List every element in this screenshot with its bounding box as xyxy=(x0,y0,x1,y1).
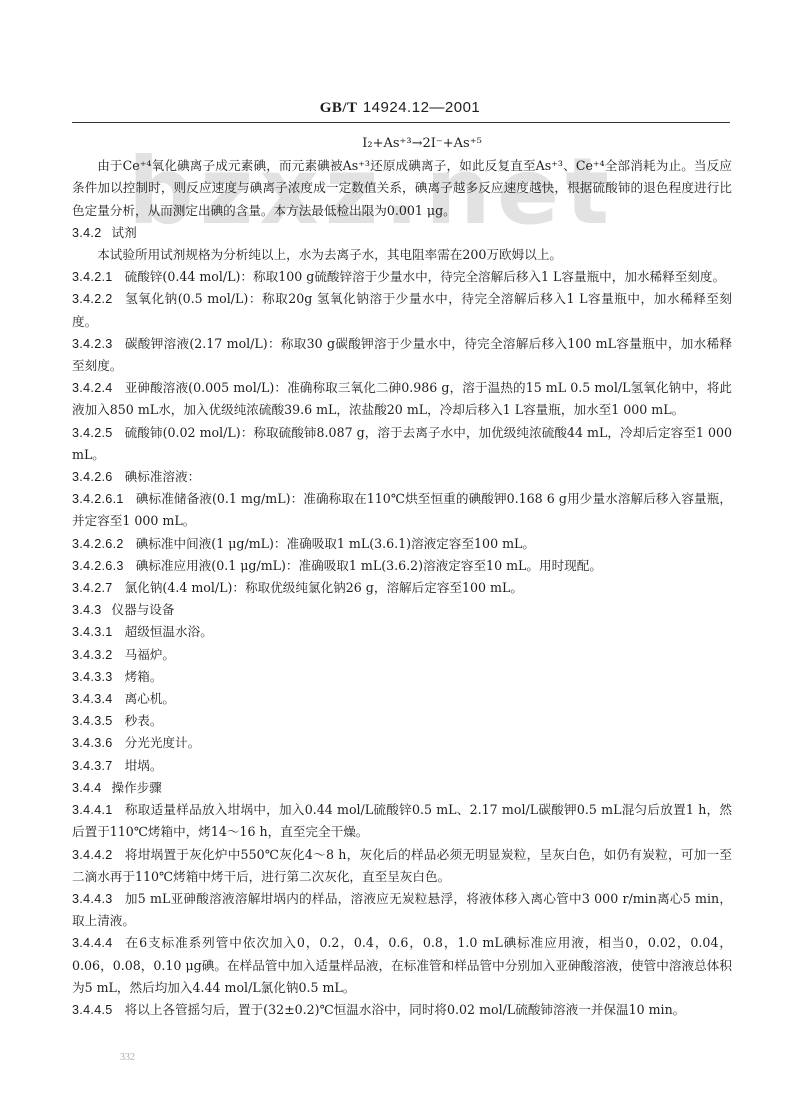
standard-prefix: GB/T xyxy=(320,100,358,116)
paragraph: 本试验所用试剂规格为分析纯以上，水为去离子水，其电阻率需在200万欧姆以上。 xyxy=(72,244,732,266)
reaction-formula: I₂+As⁺³→2I⁻+As⁺⁵ xyxy=(112,133,732,155)
clause-number: 3.4.2.5 xyxy=(72,426,113,440)
clause-text: 硫酸铈(0.02 mol/L)：称取硫酸铈8.087 g，溶于去离子水中，加优级… xyxy=(72,425,732,462)
clause-text: 硫酸锌(0.44 mol/L)：称取100 g硫酸锌溶于少量水中，待完全溶解后移… xyxy=(125,269,725,284)
clause-number: 3.4.3.4 xyxy=(72,692,113,706)
clause: 3.4.2.6碘标准溶液： xyxy=(72,466,732,488)
header-rule xyxy=(72,122,730,123)
clause: 3.4.2.6.1碘标准储备液(0.1 mg/mL)：准确称取在110℃烘至恒重… xyxy=(72,488,732,532)
clause-number: 3.4.4.3 xyxy=(72,892,113,906)
clause-number: 3.4.2.6 xyxy=(72,470,113,484)
clause-text: 碘标准应用液(0.1 μg/mL)：准确吸取1 mL(3.6.2)溶液定容至10… xyxy=(136,558,602,573)
section-number: 3.4.4 xyxy=(72,781,102,795)
clause: 3.4.4.3加5 mL亚砷酸溶液溶解坩埚内的样品，溶液应无炭粒悬浮，将液体移入… xyxy=(72,888,732,932)
clause: 3.4.3.1超级恒温水浴。 xyxy=(72,621,732,643)
clause: 3.4.3.6分光光度计。 xyxy=(72,732,732,754)
clause-text: 烤箱。 xyxy=(125,669,163,684)
clause-number: 3.4.3.1 xyxy=(72,625,113,639)
clause: 3.4.3.4离心机。 xyxy=(72,688,732,710)
clause-text: 秒表。 xyxy=(125,713,163,728)
section-title: 仪器与设备 xyxy=(112,602,175,617)
clause: 3.4.3.2马福炉。 xyxy=(72,644,732,666)
clause-number: 3.4.2.2 xyxy=(72,292,113,306)
clause-text: 碘标准溶液： xyxy=(125,469,201,484)
section-title: 试剂 xyxy=(112,225,137,240)
clause-number: 3.4.3.6 xyxy=(72,736,113,750)
clause: 3.4.2.7氯化钠(4.4 mol/L)：称取优级纯氯化钠26 g，溶解后定容… xyxy=(72,577,732,599)
clause: 3.4.2.6.2碘标准中间液(1 μg/mL)：准确吸取1 mL(3.6.1)… xyxy=(72,533,732,555)
clause-number: 3.4.2.6.3 xyxy=(72,559,124,573)
clause-number: 3.4.4.2 xyxy=(72,848,113,862)
document-header: GB/T 14924.12—2001 xyxy=(0,98,800,117)
page-number: 332 xyxy=(120,1052,135,1063)
clause-text: 将以上各管摇匀后，置于(32±0.2)℃恒温水浴中，同时将0.02 mol/L硫… xyxy=(125,1002,686,1017)
clause-number: 3.4.4.4 xyxy=(72,936,113,950)
clause: 3.4.4.4在6支标准系列管中依次加入0，0.2，0.4，0.6，0.8，1.… xyxy=(72,932,732,999)
clause-text: 超级恒温水浴。 xyxy=(125,624,213,639)
document-body: I₂+As⁺³→2I⁻+As⁺⁵ 由于Ce⁺⁴氧化碘离子成元素碘，而元素碘被As… xyxy=(72,133,732,1021)
clause-number: 3.4.3.7 xyxy=(72,759,113,773)
clause: 3.4.2.2氢氧化钠(0.5 mol/L)：称取20g 氢氧化钠溶于少量水中，… xyxy=(72,288,732,332)
clause-text: 将坩埚置于灰化炉中550℃灰化4～8 h，灰化后的样品必须无明显炭粒，呈灰白色，… xyxy=(72,847,732,884)
clause-text: 称取适量样品放入坩埚中，加入0.44 mol/L硫酸锌0.5 mL、2.17 m… xyxy=(72,802,732,839)
clause-number: 3.4.3.2 xyxy=(72,648,113,662)
section-number: 3.4.2 xyxy=(72,226,102,240)
clause: 3.4.2.4亚砷酸溶液(0.005 mol/L)：准确称取三氧化二砷0.986… xyxy=(72,377,732,421)
clause: 3.4.2.5硫酸铈(0.02 mol/L)：称取硫酸铈8.087 g，溶于去离… xyxy=(72,422,732,466)
clause: 3.4.3.3烤箱。 xyxy=(72,666,732,688)
section-heading: 3.4.3仪器与设备 xyxy=(72,599,732,621)
section-number: 3.4.3 xyxy=(72,603,102,617)
clause: 3.4.3.5秒表。 xyxy=(72,710,732,732)
clause-number: 3.4.4.1 xyxy=(72,803,113,817)
intro-paragraph: 由于Ce⁺⁴氧化碘离子成元素碘，而元素碘被As⁺³还原成碘离子，如此反复直至As… xyxy=(72,155,732,222)
clause-number: 3.4.2.4 xyxy=(72,381,113,395)
clause: 3.4.2.1硫酸锌(0.44 mol/L)：称取100 g硫酸锌溶于少量水中，… xyxy=(72,266,732,288)
clause-text: 在6支标准系列管中依次加入0，0.2，0.4，0.6，0.8，1.0 mL碘标准… xyxy=(72,935,732,994)
clause: 3.4.2.6.3碘标准应用液(0.1 μg/mL)：准确吸取1 mL(3.6.… xyxy=(72,555,732,577)
clause-number: 3.4.2.7 xyxy=(72,581,113,595)
clause-number: 3.4.4.5 xyxy=(72,1003,113,1017)
clause: 3.4.2.3碳酸钾溶液(2.17 mol/L)：称取30 g碳酸钾溶于少量水中… xyxy=(72,333,732,377)
clause-number: 3.4.3.3 xyxy=(72,670,113,684)
clause: 3.4.3.7坩埚。 xyxy=(72,755,732,777)
section-heading: 3.4.2试剂 xyxy=(72,222,732,244)
clause-text: 氯化钠(4.4 mol/L)：称取优级纯氯化钠26 g，溶解后定容至100 mL… xyxy=(125,580,523,595)
clause-text: 离心机。 xyxy=(125,691,175,706)
clause-text: 坩埚。 xyxy=(125,758,163,773)
clause-text: 马福炉。 xyxy=(125,647,175,662)
clause-number: 3.4.2.1 xyxy=(72,270,113,284)
clause-text: 氢氧化钠(0.5 mol/L)：称取20g 氢氧化钠溶于少量水中，待完全溶解后移… xyxy=(72,291,732,328)
clause-number: 3.4.3.5 xyxy=(72,714,113,728)
clause: 3.4.4.1称取适量样品放入坩埚中，加入0.44 mol/L硫酸锌0.5 mL… xyxy=(72,799,732,843)
clause-text: 加5 mL亚砷酸溶液溶解坩埚内的样品，溶液应无炭粒悬浮，将液体移入离心管中3 0… xyxy=(72,891,732,928)
section-heading: 3.4.4操作步骤 xyxy=(72,777,732,799)
clause-text: 碘标准中间液(1 μg/mL)：准确吸取1 mL(3.6.1)溶液定容至100 … xyxy=(136,536,535,551)
clause-text: 碘标准储备液(0.1 mg/mL)：准确称取在110℃烘至恒重的碘酸钾0.168… xyxy=(72,491,732,528)
clause-text: 碳酸钾溶液(2.17 mol/L)：称取30 g碳酸钾溶于少量水中，待完全溶解后… xyxy=(72,336,732,373)
section-title: 操作步骤 xyxy=(112,780,162,795)
clause-number: 3.4.2.6.2 xyxy=(72,537,124,551)
clause-text: 亚砷酸溶液(0.005 mol/L)：准确称取三氧化二砷0.986 g，溶于温热… xyxy=(72,380,732,417)
clause-number: 3.4.2.3 xyxy=(72,337,113,351)
clause: 3.4.4.2将坩埚置于灰化炉中550℃灰化4～8 h，灰化后的样品必须无明显炭… xyxy=(72,844,732,888)
clause-text: 分光光度计。 xyxy=(125,735,201,750)
clause: 3.4.4.5将以上各管摇匀后，置于(32±0.2)℃恒温水浴中，同时将0.02… xyxy=(72,999,732,1021)
clause-number: 3.4.2.6.1 xyxy=(72,492,124,506)
standard-number: 14924.12—2001 xyxy=(363,99,480,116)
